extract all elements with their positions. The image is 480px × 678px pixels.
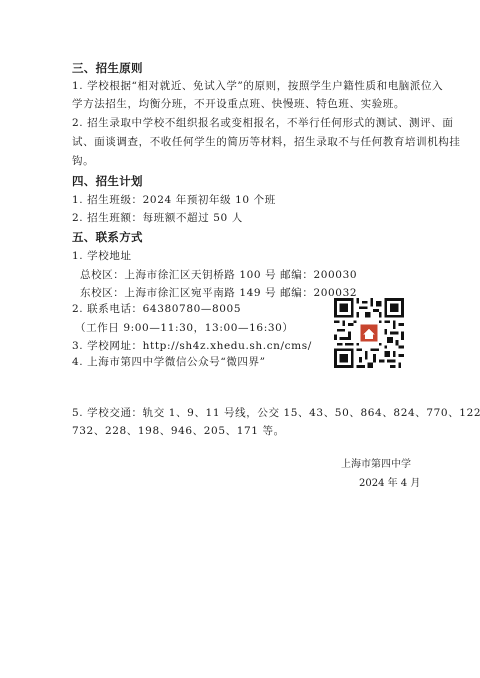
principles-item-2-line-2: 试、面谈调查，不收任何学生的简历等材料，招生录取不与任何教育培训机构挂 <box>72 135 461 149</box>
principles-item-2-line-1: 2. 招生录取中学校不组织报名或变相报名，不举行任何形式的测试、测评、面 <box>72 116 453 130</box>
contact-wechat: 4. 上海市第四中学微信公众号“微四界” <box>72 355 266 369</box>
section-heading-principles: 三、招生原则 <box>72 61 143 75</box>
qr-code-icon <box>334 298 404 368</box>
plan-item-class-size: 2. 招生班额：每班额不超过 50 人 <box>72 211 243 225</box>
contact-hours: （工作日 9:00—11:30，13:00—16:30） <box>75 321 294 335</box>
section-heading-plan: 四、招生计划 <box>72 174 143 188</box>
principles-item-1-line-2: 学方法招生，均衡分班，不开设重点班、快慢班、特色班、实验班。 <box>72 97 405 111</box>
contact-east-campus: 东校区：上海市徐汇区宛平南路 149 号 邮编：200032 <box>80 286 357 300</box>
contact-website[interactable]: 3. 学校网址：http://sh4z.xhedu.sh.cn/cms/ <box>72 339 312 353</box>
plan-item-classes: 1. 招生班级：2024 年预初年级 10 个班 <box>72 193 276 207</box>
document-page: 三、招生原则 1. 学校根据“相对就近、免试入学”的原则，按照学生户籍性质和电脑… <box>0 0 480 678</box>
principles-item-2-line-3: 钩。 <box>72 154 94 168</box>
contact-address-title: 1. 学校地址 <box>72 249 132 263</box>
contact-phone: 2. 联系电话：64380780—8005 <box>72 302 241 316</box>
contact-main-campus: 总校区：上海市徐汇区天钥桥路 100 号 邮编：200030 <box>80 268 357 282</box>
contact-transit-line-2: 732、228、198、946、205、171 等。 <box>72 424 285 438</box>
signature-school: 上海市第四中学 <box>341 458 411 472</box>
principles-item-1-line-1: 1. 学校根据“相对就近、免试入学”的原则，按照学生户籍性质和电脑派位入 <box>72 79 443 93</box>
section-heading-contact: 五、联系方式 <box>72 230 143 244</box>
signature-date: 2024 年 4 月 <box>359 477 420 491</box>
contact-transit-line-1: 5. 学校交通：轨交 1、9、11 号线，公交 15、43、50、864、824… <box>72 406 480 420</box>
